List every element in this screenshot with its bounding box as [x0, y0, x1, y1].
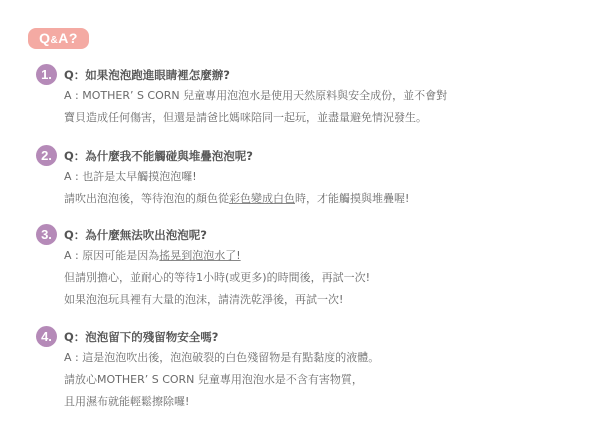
number-badge: 4.: [36, 326, 57, 347]
answer-line: 請放心MOTHER’ S CORN 兒童專用泡泡水是不含有害物質，: [64, 369, 379, 391]
answer-text: 請吹出泡泡後，等待泡泡的顏色從: [64, 192, 229, 205]
underlined-text: 彩色變成白色: [229, 192, 295, 205]
answer-line: 但請別擔心，並耐心的等待1小時(或更多)的時間後，再試一次!: [64, 267, 370, 289]
answer-text: A : 原因可能是因為: [64, 249, 159, 262]
answer-line: 寶貝造成任何傷害，但還是請爸比媽咪陪同一起玩，並盡量避免情況發生。: [64, 107, 447, 129]
number-badge: 2.: [36, 145, 57, 166]
number-badge: 3.: [36, 224, 57, 245]
underlined-text: 搖晃到泡泡水了!: [159, 249, 240, 262]
question: Q：如果泡泡跑進眼睛裡怎麼辦?: [64, 64, 447, 85]
answer-text: 時，才能觸摸與堆疊喔!: [295, 192, 409, 205]
answer-line: 如果泡泡玩具裡有大量的泡沫，請清洗乾淨後，再試一次!: [64, 289, 370, 311]
qa-badge: Q&A?: [28, 28, 89, 49]
answer-line: A : MOTHER’ S CORN 兒童專用泡泡水是使用天然原料與安全成份，並…: [64, 85, 447, 107]
answer-line: 請吹出泡泡後，等待泡泡的顏色從彩色變成白色時，才能觸摸與堆疊喔!: [64, 188, 409, 210]
answer-line: A : 也許是太早觸摸泡泡囉!: [64, 166, 409, 188]
question: Q：泡泡留下的殘留物安全嗎?: [64, 326, 379, 347]
answer-line: A : 這是泡泡吹出後，泡泡破裂的白色殘留物是有點黏度的液體。: [64, 347, 379, 369]
question: Q：為什麼無法吹出泡泡呢?: [64, 224, 370, 245]
badge-a: A?: [58, 30, 78, 46]
badge-q: Q: [39, 30, 50, 46]
number-badge: 1.: [36, 64, 57, 85]
answer-line: A : 原因可能是因為搖晃到泡泡水了!: [64, 245, 370, 267]
answer-line: 且用濕布就能輕鬆擦除囉!: [64, 391, 379, 413]
question: Q：為什麼我不能觸碰與堆疊泡泡呢?: [64, 145, 409, 166]
